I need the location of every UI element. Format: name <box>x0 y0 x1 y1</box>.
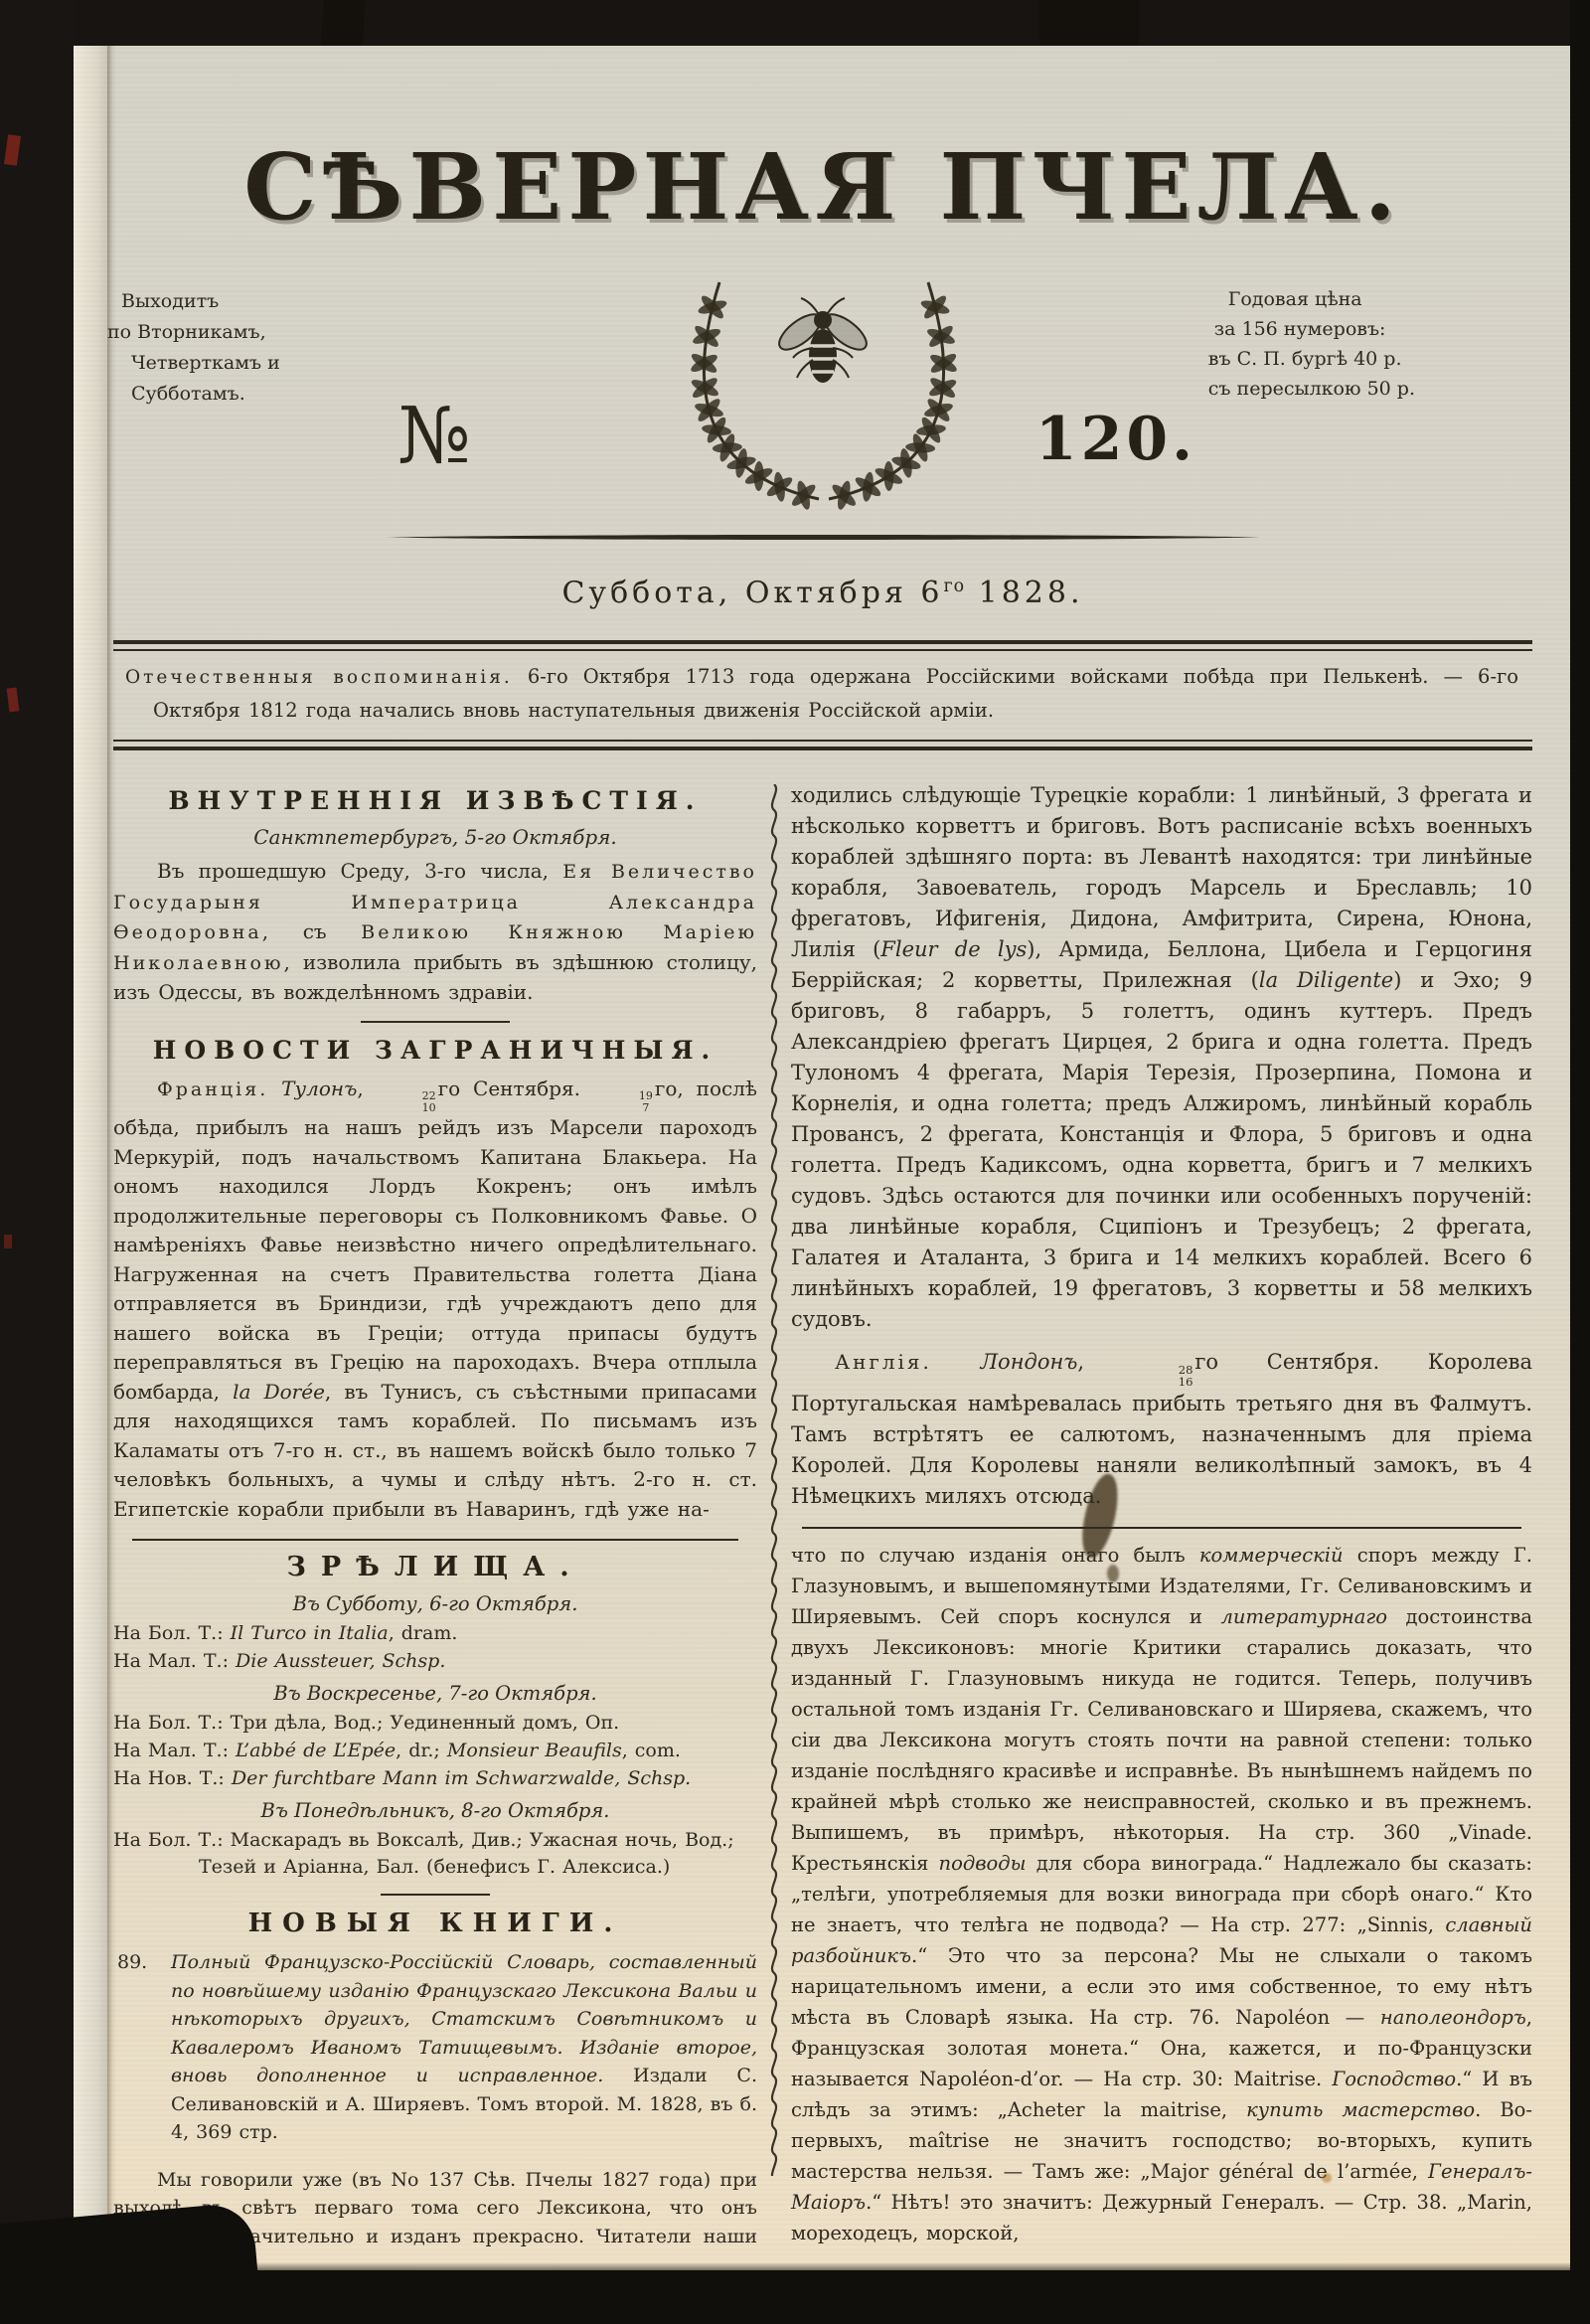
publication-schedule: Выходитъ по Вторникамъ, Четверткамъ и Су… <box>121 286 280 410</box>
book-entry: 89. Полный Французско-Россійскій Словарь… <box>113 1948 757 2147</box>
section-title: НОВЫЯ КНИГИ. <box>113 1909 757 1938</box>
left-column: ВНУТРЕННІЯ ИЗВѢСТІЯ. Санктпетербургъ, 5-… <box>113 780 757 2298</box>
newspaper-title: СѢВЕРНАЯ ПЧЕЛА. <box>113 141 1532 233</box>
price-line: съ пересылкою 50 р. <box>1208 374 1415 404</box>
section-title: ВНУТРЕННІЯ ИЗВѢСТІЯ. <box>113 786 757 815</box>
playbill-date: Въ Понедѣльникъ, 8-го Октября. <box>113 1799 757 1822</box>
schedule-line: Четверткамъ и <box>131 348 280 379</box>
double-rule <box>113 640 1532 651</box>
issue-number-sign: № <box>397 398 471 475</box>
masthead: СѢВЕРНАЯ ПЧЕЛА. Выходитъ по Вторникамъ, … <box>113 141 1532 610</box>
book-item-number: 89. <box>117 1948 147 1977</box>
book-review-continuation: что по случаю изданія онаго былъ коммерч… <box>791 1540 1532 2248</box>
issue-number: 120. <box>1035 410 1196 469</box>
schedule-line: Субботамъ. <box>131 379 280 410</box>
issue-date: Суббота, Октября 6го 1828. <box>113 576 1532 610</box>
price-line: въ С. П. бургѣ 40 р. <box>1208 344 1415 374</box>
playbill-entry: На Бол. Т.: Три дѣла, Вод.; Уединенный д… <box>113 1710 757 1737</box>
playbill-entry: На Мал. Т.: L’abbé de L’Epée, dr.; Monsi… <box>113 1738 757 1764</box>
wavy-column-divider <box>765 784 783 2176</box>
section-spectacles: ЗРѢЛИЩА. Въ Субботу, 6-го Октября. На Бо… <box>113 1552 757 1881</box>
article-paragraph: Франція. Тулонъ, 2210го Сентября. 197го,… <box>113 1075 757 1525</box>
scan-bottom-border <box>0 2270 1590 2324</box>
binding-red-mark <box>4 1235 12 1248</box>
section-title: ЗРѢЛИЩА. <box>113 1552 757 1582</box>
playbill-date: Въ Субботу, 6-го Октября. <box>113 1592 757 1615</box>
england-news-paragraph: Англія. Лондонъ, 2816го Сентября. Короле… <box>791 1347 1532 1512</box>
book-entry-text: Полный Французско-Россійскій Словарь, со… <box>171 1951 757 2143</box>
article-columns: ВНУТРЕННІЯ ИЗВѢСТІЯ. Санктпетербургъ, 5-… <box>113 780 1532 2298</box>
playbill-date: Въ Воскресенье, 7-го Октября. <box>113 1682 757 1705</box>
masthead-middle: Выходитъ по Вторникамъ, Четверткамъ и Су… <box>113 241 1532 519</box>
section-divider-rule <box>802 1527 1521 1529</box>
section-divider-rule <box>132 1539 737 1541</box>
fleet-report-paragraph: ходились слѣдующіе Турецкіе корабли: 1 л… <box>791 780 1532 1335</box>
memorial-text: Отечественныя воспоминанія. 6-го Октября… <box>113 660 1532 727</box>
schedule-line: Выходитъ <box>121 286 280 317</box>
bee-icon <box>774 298 873 383</box>
memorial-note: Отечественныя воспоминанія. 6-го Октября… <box>113 640 1532 750</box>
dateline: Санктпетербургъ, 5-го Октября. <box>113 825 757 849</box>
section-foreign-news: НОВОСТИ ЗАГРАНИЧНЫЯ. Франція. Тулонъ, 22… <box>113 1036 757 1525</box>
newspaper-sheet: СѢВЕРНАЯ ПЧЕЛА. Выходитъ по Вторникамъ, … <box>74 46 1572 2270</box>
column-gap <box>757 780 791 2298</box>
playbill-entry: На Мал. Т.: Die Aussteuer, Schsp. <box>113 1648 757 1675</box>
tapered-rule <box>386 533 1260 542</box>
section-title: НОВОСТИ ЗАГРАНИЧНЫЯ. <box>113 1036 757 1065</box>
playbill-entry: На Бол. Т.: Маскарадъ вь Воксалѣ, Див.; … <box>113 1827 757 1881</box>
scan-left-border <box>0 0 74 2324</box>
section-domestic-news: ВНУТРЕННІЯ ИЗВѢСТІЯ. Санктпетербургъ, 5-… <box>113 786 757 1008</box>
page-edge <box>74 46 107 2270</box>
article-paragraph: Въ прошедшую Среду, 3-го числа, Ея Велич… <box>113 857 757 1008</box>
playbill-entry: На Нов. Т.: Der furchtbare Mann im Schwa… <box>113 1765 757 1792</box>
scanned-newspaper-page: СѢВЕРНАЯ ПЧЕЛА. Выходитъ по Вторникамъ, … <box>0 0 1590 2324</box>
price-line: Годовая цѣна <box>1228 284 1415 314</box>
right-column: ходились слѣдующіе Турецкіе корабли: 1 л… <box>791 780 1532 2298</box>
price-line: за 156 нумеровъ: <box>1214 314 1415 344</box>
double-rule <box>113 740 1532 750</box>
scan-top-border <box>0 0 1590 46</box>
schedule-line: по Вторникамъ, <box>107 317 280 348</box>
scan-right-border <box>1570 0 1590 2324</box>
printed-area: СѢВЕРНАЯ ПЧЕЛА. Выходитъ по Вторникамъ, … <box>113 46 1532 2298</box>
section-divider-rule <box>381 1894 490 1896</box>
bee-laurel-vignette-icon <box>608 260 1037 511</box>
subscription-price: Годовая цѣна за 156 нумеровъ: въ С. П. б… <box>1208 284 1415 404</box>
playbill-entry: На Бол. Т.: Il Turco in Italia, dram. <box>113 1620 757 1647</box>
section-divider-rule <box>361 1021 510 1023</box>
